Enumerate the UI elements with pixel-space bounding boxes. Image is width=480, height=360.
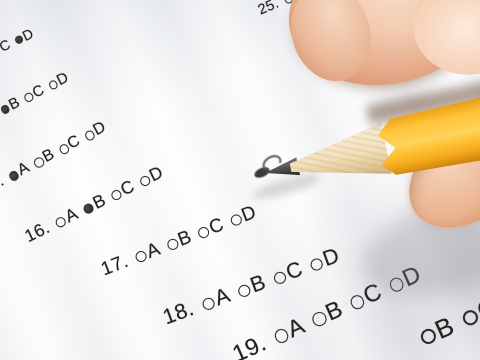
options: BCD <box>0 67 77 117</box>
option-c: C <box>108 177 138 203</box>
answer-row-17: 17. ABCD <box>99 200 267 280</box>
option-b: B <box>234 272 269 302</box>
option-letter: D <box>239 203 259 226</box>
option-letter: C <box>207 215 227 238</box>
options: CD <box>0 23 41 57</box>
option-b: B <box>80 191 109 217</box>
option-d: D <box>12 26 36 47</box>
option-b: B <box>31 147 58 171</box>
option-d: D <box>227 203 259 230</box>
option-letter: B <box>175 227 194 249</box>
option-c: C <box>457 293 480 332</box>
option-c: C <box>270 258 306 289</box>
option-a: A <box>132 240 163 267</box>
option-d: D <box>307 245 343 276</box>
answer-row-14: BCD <box>0 67 77 120</box>
option-c: C <box>56 133 83 158</box>
option-c: C <box>21 82 47 105</box>
question-number: 18. <box>160 298 197 329</box>
answer-row-16: 16. ABCD <box>22 160 172 245</box>
option-b: B <box>308 297 346 331</box>
option-d: D <box>46 70 72 93</box>
option-letter: C <box>283 258 305 284</box>
option-c: C <box>195 215 227 242</box>
option-c: C <box>0 37 12 58</box>
option-letter: A <box>212 285 233 310</box>
option-letter: D <box>320 245 342 271</box>
question-number: 17. <box>99 252 132 280</box>
options: ABCD <box>52 160 173 231</box>
question-number: 16. <box>22 219 52 246</box>
option-d: D <box>82 119 109 144</box>
pencil-wood-cone <box>285 123 391 193</box>
option-letter: B <box>248 272 269 297</box>
option-a: A <box>270 314 308 348</box>
answer-row-12: D <box>23 0 55 4</box>
question-number: 25. <box>256 0 281 18</box>
option-b: B <box>0 95 22 118</box>
option-d: D <box>136 163 166 189</box>
option-d: D <box>29 0 51 2</box>
option-letter: C <box>0 37 12 54</box>
option-a: A <box>52 205 81 231</box>
option-letter: A <box>144 240 163 262</box>
question-number: 5. <box>0 173 7 194</box>
photo-answer-sheet-scene: D CD BCD 5. ABCD 16. ABCD 17. ABCD 18. A… <box>0 0 480 360</box>
answer-row-13: CD <box>0 23 41 60</box>
options: ABCD <box>6 116 115 184</box>
question-number: 19. <box>229 331 270 360</box>
option-a: A <box>199 285 234 315</box>
option-b: B <box>164 227 195 254</box>
option-b: B <box>415 312 458 350</box>
options: ABCD <box>132 200 266 267</box>
option-a: A <box>6 160 33 184</box>
answer-row-15: 5. ABCD <box>0 116 115 194</box>
options: D <box>29 0 56 2</box>
